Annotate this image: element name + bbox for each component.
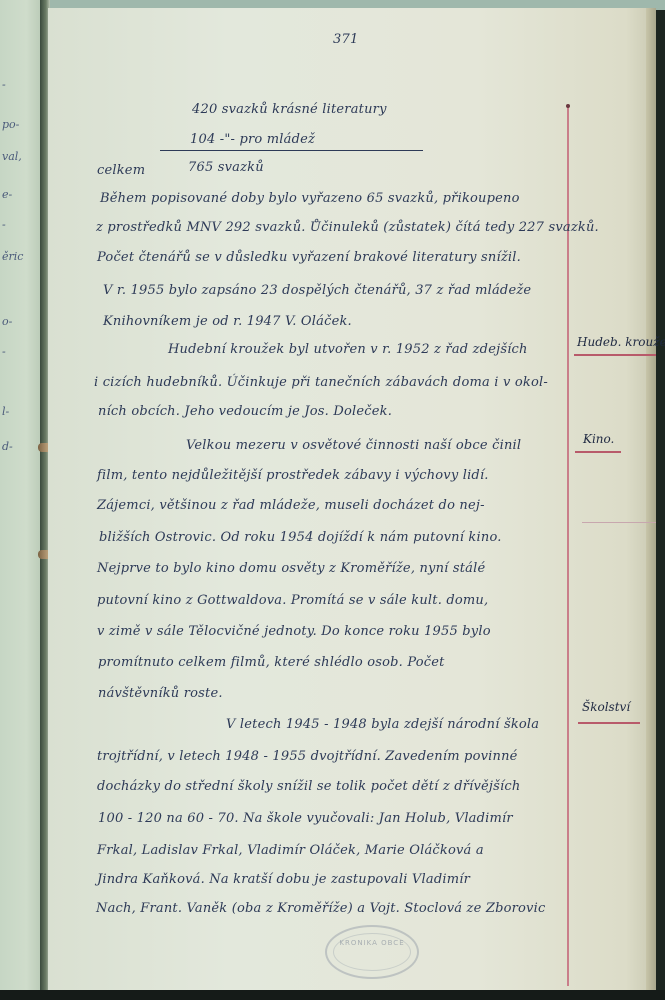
text-line: 100 - 120 na 60 - 70. Na škole vyučovali… (98, 811, 513, 826)
scan-bottom-border (0, 990, 665, 1000)
text-line: V r. 1955 bylo zapsáno 23 dospělých čten… (103, 283, 531, 298)
text-line: Hudební kroužek byl utvořen v r. 1952 z … (168, 342, 528, 357)
page-number: 371 (333, 32, 358, 47)
stamp-text: KRONIKA OBCE (327, 939, 417, 947)
erased-heading-underline (582, 522, 656, 523)
margin-red-rule (567, 106, 569, 986)
text-line: V letech 1945 - 1948 byla zdejší národní… (226, 717, 539, 732)
text-line: bližších Ostrovic. Od roku 1954 dojíždí … (99, 530, 502, 545)
margin-heading-schools: Školství (582, 700, 630, 714)
left-page-fragment: e- (2, 188, 12, 201)
text-line: Jindra Kaňková. Na kratší dobu je zastup… (97, 872, 470, 887)
left-page-fragment: ěric (2, 250, 23, 263)
total-value: 765 svazků (188, 160, 264, 175)
text-line: z prostředků MNV 292 svazků. Ůčinuleků (… (96, 220, 599, 235)
left-page-fragment: - (2, 78, 6, 91)
text-line: Počet čtenářů se v důsledku vyřazení bra… (97, 250, 521, 265)
archive-stamp: KRONIKA OBCE (325, 925, 419, 979)
left-page-fragment: val, (2, 150, 22, 163)
margin-heading-cinema: Kino. (583, 432, 614, 446)
left-page-fragment: - (2, 218, 6, 231)
text-line: Nejprve to bylo kino domu osvěty z Kromě… (97, 561, 485, 576)
text-line: návštěvníků roste. (98, 686, 223, 701)
text-line: Nach, Frant. Vaněk (oba z Kroměříže) a V… (96, 901, 545, 916)
margin-heading-underline (578, 722, 640, 724)
text-line: Velkou mezeru v osvětové činnosti naší o… (186, 438, 521, 453)
text-line: promítnuto celkem filmů, které shlédlo o… (98, 655, 445, 670)
margin-heading-music-club: Hudeb. kroužek (577, 335, 665, 349)
text-line: Knihovníkem je od r. 1947 V. Oláček. (103, 314, 352, 329)
text-line: v zimě v sále Tělocvičné jednoty. Do kon… (97, 624, 491, 639)
summary-line: 420 svazků krásné literatury (192, 102, 387, 117)
margin-rule-top (566, 104, 570, 108)
left-page-fragment: d- (2, 440, 13, 453)
page-edge-shadow (646, 8, 656, 990)
margin-heading-underline (574, 354, 656, 356)
margin-heading-underline (575, 451, 621, 453)
text-line: Zájemci, většinou z řad mládeže, museli … (97, 498, 485, 513)
left-page-fragment: - (2, 345, 6, 358)
left-page-fragment: o- (2, 315, 12, 328)
text-line: film, tento nejdůležitější prostředek zá… (97, 468, 489, 483)
text-line: i cizích hudebníků. Účinkuje při taneční… (94, 375, 548, 390)
left-page-fragment: l- (2, 405, 9, 418)
text-line: Během popisované doby bylo vyřazeno 65 s… (100, 191, 520, 206)
text-line: putovní kino z Gottwaldova. Promítá se v… (97, 593, 488, 608)
text-line: ních obcích. Jeho vedoucím je Jos. Doleč… (98, 404, 392, 419)
sum-underline (160, 150, 423, 151)
text-line: docházky do střední školy snížil se toli… (97, 779, 520, 794)
total-label: celkem (97, 163, 145, 178)
summary-line: 104 -"- pro mládež (190, 132, 315, 147)
erased-margin-heading (582, 508, 652, 520)
text-line: Frkal, Ladislav Frkal, Vladimír Oláček, … (97, 843, 484, 858)
left-page-fragment: po- (2, 118, 19, 131)
previous-page-edge: - po- val, e- - ěric o- - l- d- (0, 0, 44, 1000)
text-line: trojtřídní, v letech 1948 - 1955 dvojtří… (97, 749, 518, 764)
